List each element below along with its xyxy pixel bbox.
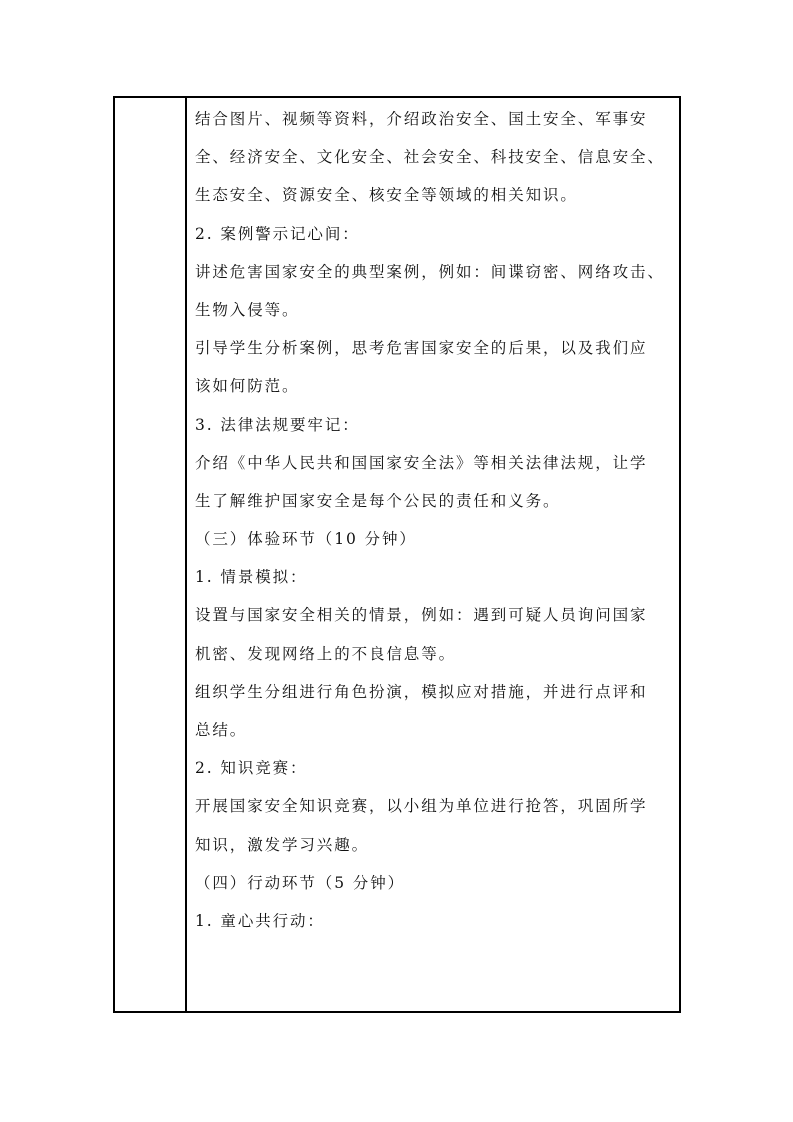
section-heading: 1. 童心共行动： <box>195 902 673 940</box>
section-heading: 2. 知识竞赛： <box>195 749 673 787</box>
table-content-cell: 结合图片、视频等资料，介绍政治安全、国土安全、军事安 全、经济安全、文化安全、社… <box>187 98 679 1011</box>
paragraph-line: 介绍《中华人民共和国国家安全法》等相关法律法规，让学 <box>195 444 673 482</box>
paragraph-line: 设置与国家安全相关的情景，例如：遇到可疑人员询问国家 <box>195 596 673 634</box>
paragraph-line: 讲述危害国家安全的典型案例，例如：间谍窃密、网络攻击、 <box>195 253 673 291</box>
paragraph-line: 引导学生分析案例，思考危害国家安全的后果，以及我们应 <box>195 329 673 367</box>
lesson-plan-table: 结合图片、视频等资料，介绍政治安全、国土安全、军事安 全、经济安全、文化安全、社… <box>113 96 681 1013</box>
stage-heading: （四）行动环节（5 分钟） <box>195 864 673 902</box>
section-heading: 1. 情景模拟： <box>195 558 673 596</box>
paragraph-line: 开展国家安全知识竞赛，以小组为单位进行抢答，巩固所学 <box>195 787 673 825</box>
paragraph-line: 生物入侵等。 <box>195 291 673 329</box>
section-heading: 2. 案例警示记心间： <box>195 215 673 253</box>
paragraph-line: 生态安全、资源安全、核安全等领域的相关知识。 <box>195 176 673 214</box>
paragraph-line: 全、经济安全、文化安全、社会安全、科技安全、信息安全、 <box>195 138 673 176</box>
stage-heading: （三）体验环节（10 分钟） <box>195 520 673 558</box>
section-heading: 3. 法律法规要牢记： <box>195 406 673 444</box>
paragraph-line: 生了解维护国家安全是每个公民的责任和义务。 <box>195 482 673 520</box>
paragraph-line: 机密、发现网络上的不良信息等。 <box>195 635 673 673</box>
paragraph-line: 该如何防范。 <box>195 367 673 405</box>
table-left-cell <box>115 98 187 1011</box>
paragraph-line: 结合图片、视频等资料，介绍政治安全、国土安全、军事安 <box>195 100 673 138</box>
paragraph-line: 总结。 <box>195 711 673 749</box>
paragraph-line: 组织学生分组进行角色扮演，模拟应对措施，并进行点评和 <box>195 673 673 711</box>
paragraph-line: 知识，激发学习兴趣。 <box>195 826 673 864</box>
